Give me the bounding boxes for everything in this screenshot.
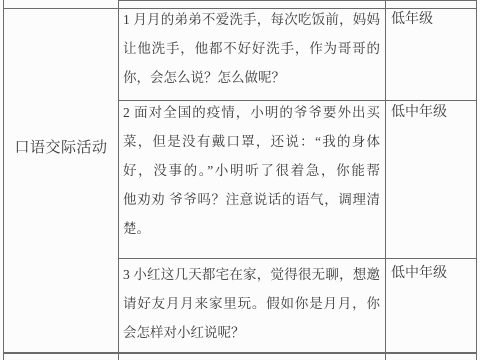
question-line: 好，没事的。”小明听了很着急，你能帮 bbox=[123, 156, 380, 185]
question-line: 1 月月的弟弟不爱洗手，每次吃饭前，妈妈 bbox=[123, 5, 380, 34]
question-line: 他劝劝 爷爷吗？注意说话的语气，调理清 bbox=[123, 185, 380, 214]
previous-row-separator bbox=[118, 0, 477, 1]
level-label: 低年级 bbox=[391, 12, 433, 27]
table-row: 1 月月的弟弟不爱洗手，每次吃饭前，妈妈让他洗手，他都不好好洗手，作为哥哥的你，… bbox=[0, 8, 480, 100]
question-line: 会怎样对小红说呢？ bbox=[123, 318, 380, 347]
question-line: 请好友月月来家里玩。假如你是月月，你 bbox=[123, 289, 380, 318]
level-cell: 低年级 bbox=[391, 11, 471, 29]
question-line: 菜，但是没有戴口罩，还说：“我的身体 bbox=[123, 127, 380, 156]
question-cell: 3 小红这几天都宅在家，觉得很无聊，想邀请好友月月来家里玩。假如你是月月，你会怎… bbox=[123, 260, 380, 347]
question-line: 3 小红这几天都宅在家，觉得很无聊，想邀 bbox=[123, 260, 380, 289]
question-cell: 2 面对全国的疫情，小明的爷爷要外出买菜，但是没有戴口罩，还说：“我的身体好，没… bbox=[123, 98, 380, 243]
level-cell: 低中年级 bbox=[391, 265, 471, 283]
table-row: 3 小红这几天都宅在家，觉得很无聊，想邀请好友月月来家里玩。假如你是月月，你会怎… bbox=[0, 258, 480, 353]
level-label: 低中年级 bbox=[391, 105, 447, 120]
question-line: 让他洗手，他都不好好洗手，作为哥哥的 bbox=[123, 34, 380, 63]
question-line: 2 面对全国的疫情，小明的爷爷要外出买 bbox=[123, 98, 380, 127]
question-cell: 1 月月的弟弟不爱洗手，每次吃饭前，妈妈让他洗手，他都不好好洗手，作为哥哥的你，… bbox=[123, 5, 380, 92]
question-line: 楚。 bbox=[123, 214, 380, 243]
question-line: 你，会怎么说？怎么做呢？ bbox=[123, 63, 380, 92]
level-label: 低中年级 bbox=[391, 266, 447, 281]
level-cell: 低中年级 bbox=[391, 104, 471, 122]
worksheet-table: 口语交际活动 1 月月的弟弟不爱洗手，每次吃饭前，妈妈让他洗手，他都不好好洗手，… bbox=[0, 0, 480, 360]
table-row: 2 面对全国的疫情，小明的爷爷要外出买菜，但是没有戴口罩，还说：“我的身体好，没… bbox=[0, 100, 480, 258]
